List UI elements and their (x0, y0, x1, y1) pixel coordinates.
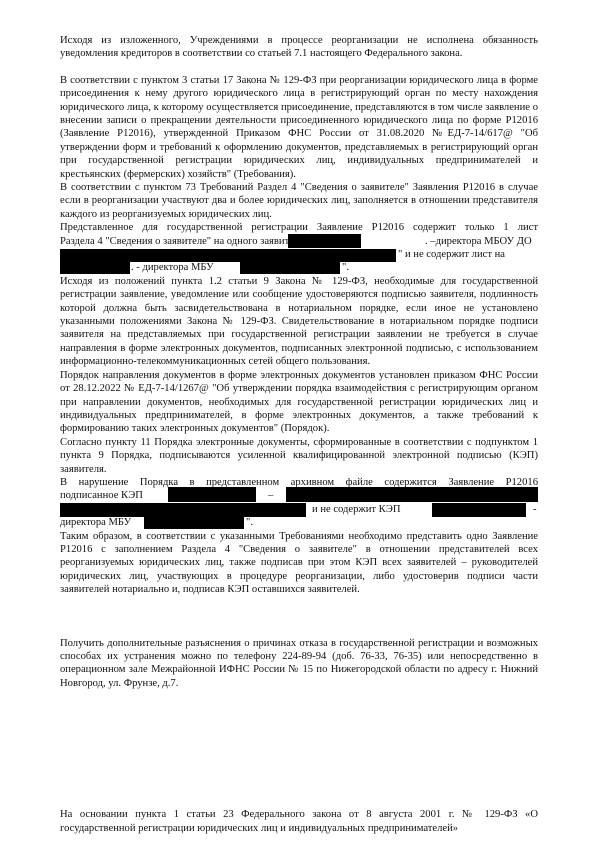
paragraph-clause-11: Согласно пункту 11 Порядка электронные д… (60, 436, 538, 476)
redacted-signer-1 (168, 487, 256, 502)
paragraph-legal-basis: На основании пункта 1 статьи 23 Федераль… (60, 808, 538, 835)
redacted-organization-name (60, 249, 396, 262)
paragraph-creditors: Исходя из изложенного, Учреждениями в пр… (60, 34, 538, 61)
redacted-second-organization (240, 261, 340, 274)
paragraph-conclusion: Таким образом, в соответствии с указанны… (60, 530, 538, 597)
document-page: Исходя из изложенного, Учреждениями в пр… (60, 12, 538, 835)
paragraph-contact-info: Получить дополнительные разъяснения о пр… (60, 637, 538, 691)
paragraph-violation: В нарушение Порядка в представленном арх… (60, 476, 538, 530)
paragraph-clause-1-2: Исходя из положений пункта 1.2 статьи 9 … (60, 275, 538, 369)
redacted-signer-2-org (144, 516, 244, 529)
redacted-signer-1-org (286, 487, 538, 502)
paragraph-article-17: В соответствии с пунктом 3 статьи 17 Зак… (60, 74, 538, 181)
paragraph-submitted-application: Представленное для государственной регис… (60, 221, 538, 275)
paragraph-clause-73: В соответствии с пунктом 73 Требований Р… (60, 181, 538, 221)
redacted-applicant-name (288, 234, 361, 248)
paragraph-procedure: Порядок направления документов в форме э… (60, 369, 538, 436)
redacted-signer-2 (432, 503, 526, 517)
redacted-signer-1-org-cont (60, 503, 306, 517)
redacted-second-applicant (60, 261, 130, 274)
